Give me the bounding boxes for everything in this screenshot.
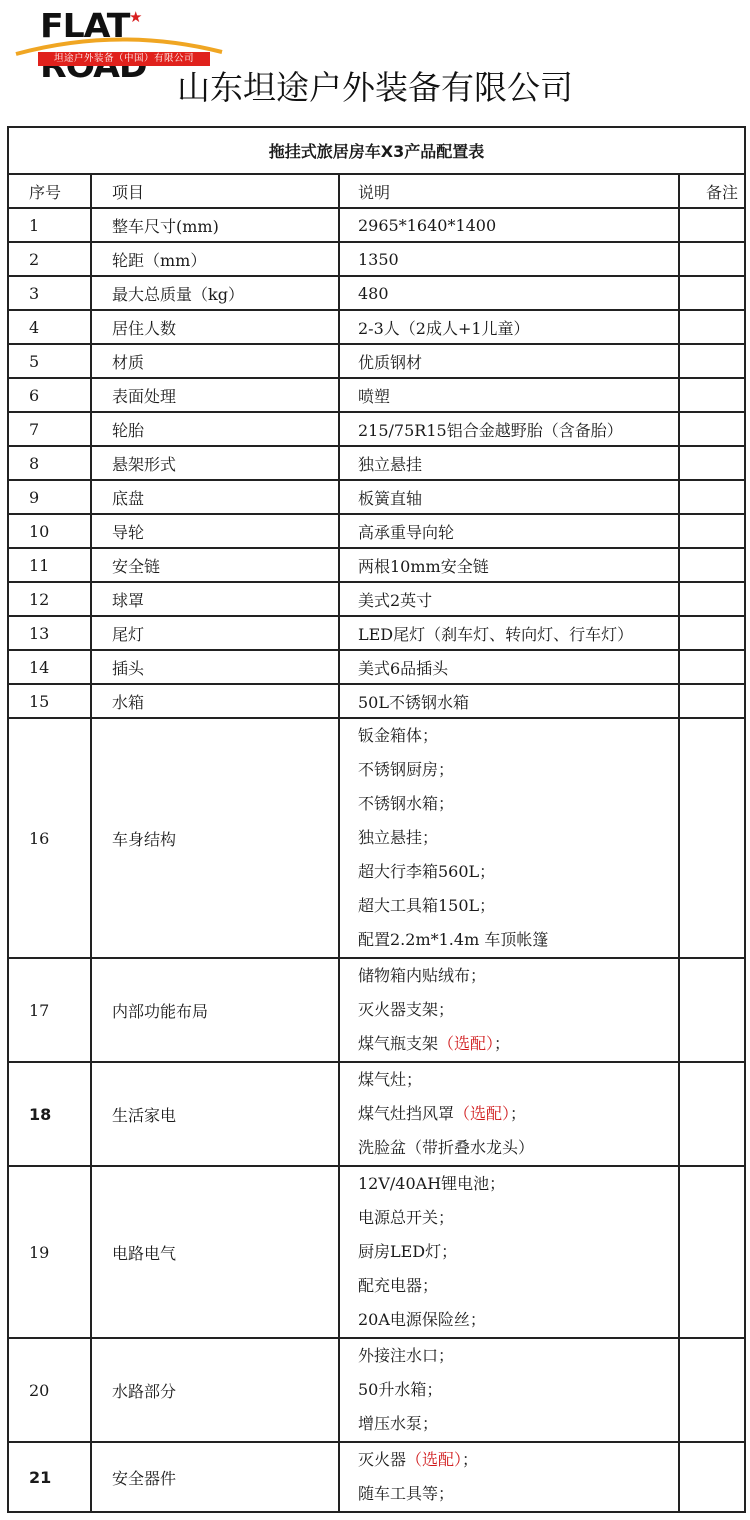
cell-note [679, 480, 745, 514]
desc-text: 煤气灶挡风罩 [358, 1104, 454, 1123]
cell-desc: 外接注水口；50升水箱；增压水泵； [339, 1338, 679, 1442]
table-row: 7轮胎215/75R15铝合金越野胎（含备胎） [8, 412, 745, 446]
cell-note [679, 378, 745, 412]
desc-line: 增压水泵； [358, 1407, 678, 1441]
cell-item: 安全链 [91, 548, 339, 582]
header-desc: 说明 [339, 174, 679, 208]
desc-line: 50L不锈钢水箱 [358, 690, 678, 713]
cell-desc: 2-3人（2成人+1儿童） [339, 310, 679, 344]
desc-suffix: ； [510, 1104, 526, 1123]
cell-item: 安全器件 [91, 1442, 339, 1512]
cell-desc: 优质钢材 [339, 344, 679, 378]
table-row: 16车身结构钣金箱体；不锈钢厨房；不锈钢水箱；独立悬挂；超大行李箱560L；超大… [8, 718, 745, 958]
cell-no: 8 [8, 446, 91, 480]
cell-item: 轮距（mm） [91, 242, 339, 276]
desc-line: LED尾灯（刹车灯、转向灯、行车灯） [358, 622, 678, 645]
table-row: 4居住人数2-3人（2成人+1儿童） [8, 310, 745, 344]
cell-item: 球罩 [91, 582, 339, 616]
cell-item: 水路部分 [91, 1338, 339, 1442]
table-row: 3最大总质量（kg）480 [8, 276, 745, 310]
cell-no: 9 [8, 480, 91, 514]
cell-note [679, 718, 745, 958]
desc-line: 12V/40AH锂电池； [358, 1167, 678, 1201]
table-row: 8悬架形式独立悬挂 [8, 446, 745, 480]
table-title: 拖挂式旅居房车X3产品配置表 [8, 127, 745, 174]
desc-line: 优质钢材 [358, 350, 678, 373]
desc-text: 灭火器 [358, 1450, 406, 1469]
table-row: 6表面处理喷塑 [8, 378, 745, 412]
desc-text: 煤气瓶支架 [358, 1034, 438, 1053]
desc-line: 洗脸盆（带折叠水龙头） [358, 1131, 678, 1165]
cell-item: 车身结构 [91, 718, 339, 958]
cell-no: 5 [8, 344, 91, 378]
cell-item: 生活家电 [91, 1062, 339, 1166]
desc-line: 外接注水口； [358, 1339, 678, 1373]
cell-item: 底盘 [91, 480, 339, 514]
cell-note [679, 446, 745, 480]
table-header-row: 序号 项目 说明 备注 [8, 174, 745, 208]
cell-note [679, 1442, 745, 1512]
desc-line: 美式6品插头 [358, 656, 678, 679]
header-item: 项目 [91, 174, 339, 208]
table-row: 15水箱50L不锈钢水箱 [8, 684, 745, 718]
desc-line: 50升水箱； [358, 1373, 678, 1407]
cell-note [679, 310, 745, 344]
desc-line: 2965*1640*1400 [358, 216, 678, 235]
header-note: 备注 [679, 174, 745, 208]
desc-line: 板簧直轴 [358, 486, 678, 509]
cell-item: 表面处理 [91, 378, 339, 412]
cell-item: 轮胎 [91, 412, 339, 446]
cell-no: 19 [8, 1166, 91, 1338]
cell-no: 20 [8, 1338, 91, 1442]
optional-badge: （选配） [406, 1450, 462, 1469]
desc-line: 煤气灶挡风罩（选配）； [358, 1097, 678, 1131]
cell-item: 插头 [91, 650, 339, 684]
company-logo: FLAT ROAD ★ 坦途户外装备（中国）有限公司 [14, 6, 224, 64]
company-name: 山东坦途户外装备有限公司 [0, 66, 750, 110]
cell-desc: 储物箱内贴绒布；灭火器支架；煤气瓶支架（选配）； [339, 958, 679, 1062]
cell-desc: 高承重导向轮 [339, 514, 679, 548]
star-icon: ★ [129, 10, 142, 25]
cell-item: 水箱 [91, 684, 339, 718]
desc-line: 配置2.2m*1.4m 车顶帐篷 [358, 923, 678, 957]
table-row: 14插头美式6品插头 [8, 650, 745, 684]
cell-no: 1 [8, 208, 91, 242]
optional-badge: （选配） [438, 1034, 494, 1053]
cell-note [679, 1062, 745, 1166]
table-title-row: 拖挂式旅居房车X3产品配置表 [8, 127, 745, 174]
desc-line: 灭火器支架； [358, 993, 678, 1027]
cell-no: 18 [8, 1062, 91, 1166]
optional-badge: （选配） [454, 1104, 510, 1123]
cell-desc: 煤气灶；煤气灶挡风罩（选配）；洗脸盆（带折叠水龙头） [339, 1062, 679, 1166]
desc-suffix: ； [462, 1450, 478, 1469]
cell-no: 12 [8, 582, 91, 616]
cell-no: 14 [8, 650, 91, 684]
desc-line: 独立悬挂； [358, 821, 678, 855]
cell-no: 6 [8, 378, 91, 412]
desc-line: 2-3人（2成人+1儿童） [358, 316, 678, 339]
cell-no: 17 [8, 958, 91, 1062]
desc-line: 高承重导向轮 [358, 520, 678, 543]
config-table: 拖挂式旅居房车X3产品配置表 序号 项目 说明 备注 1整车尺寸(mm)2965… [7, 126, 746, 1513]
cell-note [679, 958, 745, 1062]
cell-item: 尾灯 [91, 616, 339, 650]
desc-line: 电源总开关； [358, 1201, 678, 1235]
table-row: 12球罩美式2英寸 [8, 582, 745, 616]
table-row: 20水路部分外接注水口；50升水箱；增压水泵； [8, 1338, 745, 1442]
table-row: 18生活家电煤气灶；煤气灶挡风罩（选配）；洗脸盆（带折叠水龙头） [8, 1062, 745, 1166]
table-row: 1整车尺寸(mm)2965*1640*1400 [8, 208, 745, 242]
cell-desc: 1350 [339, 242, 679, 276]
desc-line: 随车工具等； [358, 1477, 678, 1511]
cell-desc: 两根10mm安全链 [339, 548, 679, 582]
cell-no: 21 [8, 1442, 91, 1512]
cell-no: 16 [8, 718, 91, 958]
desc-line: 不锈钢厨房； [358, 753, 678, 787]
cell-no: 2 [8, 242, 91, 276]
desc-line: 20A电源保险丝； [358, 1303, 678, 1337]
cell-no: 13 [8, 616, 91, 650]
desc-line: 1350 [358, 250, 678, 269]
cell-desc: 独立悬挂 [339, 446, 679, 480]
cell-note [679, 344, 745, 378]
desc-line: 超大行李箱560L； [358, 855, 678, 889]
cell-note [679, 548, 745, 582]
cell-no: 11 [8, 548, 91, 582]
cell-desc: 215/75R15铝合金越野胎（含备胎） [339, 412, 679, 446]
cell-item: 悬架形式 [91, 446, 339, 480]
cell-note [679, 616, 745, 650]
desc-line: 独立悬挂 [358, 452, 678, 475]
table-row: 19电路电气12V/40AH锂电池；电源总开关；厨房LED灯；配充电器；20A电… [8, 1166, 745, 1338]
cell-note [679, 276, 745, 310]
desc-line: 钣金箱体； [358, 719, 678, 753]
cell-note [679, 1338, 745, 1442]
desc-line: 480 [358, 284, 678, 303]
cell-item: 材质 [91, 344, 339, 378]
desc-line: 煤气灶； [358, 1063, 678, 1097]
cell-no: 7 [8, 412, 91, 446]
cell-no: 3 [8, 276, 91, 310]
cell-note [679, 582, 745, 616]
cell-desc: 12V/40AH锂电池；电源总开关；厨房LED灯；配充电器；20A电源保险丝； [339, 1166, 679, 1338]
cell-note [679, 242, 745, 276]
desc-line: 储物箱内贴绒布； [358, 959, 678, 993]
table-row: 11安全链两根10mm安全链 [8, 548, 745, 582]
cell-note [679, 1166, 745, 1338]
desc-line: 215/75R15铝合金越野胎（含备胎） [358, 418, 678, 441]
desc-line: 厨房LED灯； [358, 1235, 678, 1269]
cell-desc: 50L不锈钢水箱 [339, 684, 679, 718]
table-row: 13尾灯LED尾灯（刹车灯、转向灯、行车灯） [8, 616, 745, 650]
cell-desc: 480 [339, 276, 679, 310]
table-row: 21安全器件灭火器（选配）；随车工具等； [8, 1442, 745, 1512]
header-no: 序号 [8, 174, 91, 208]
cell-no: 10 [8, 514, 91, 548]
cell-no: 4 [8, 310, 91, 344]
desc-line: 灭火器（选配）； [358, 1443, 678, 1477]
table-row: 5材质优质钢材 [8, 344, 745, 378]
table-row: 2轮距（mm）1350 [8, 242, 745, 276]
cell-desc: 美式6品插头 [339, 650, 679, 684]
cell-note [679, 412, 745, 446]
cell-desc: 美式2英寸 [339, 582, 679, 616]
desc-line: 美式2英寸 [358, 588, 678, 611]
cell-item: 内部功能布局 [91, 958, 339, 1062]
cell-item: 整车尺寸(mm) [91, 208, 339, 242]
desc-line: 煤气瓶支架（选配）； [358, 1027, 678, 1061]
cell-note [679, 650, 745, 684]
desc-line: 配充电器； [358, 1269, 678, 1303]
table-row: 10导轮高承重导向轮 [8, 514, 745, 548]
desc-line: 喷塑 [358, 384, 678, 407]
cell-no: 15 [8, 684, 91, 718]
cell-desc: 灭火器（选配）；随车工具等； [339, 1442, 679, 1512]
cell-desc: 板簧直轴 [339, 480, 679, 514]
table-row: 17内部功能布局储物箱内贴绒布；灭火器支架；煤气瓶支架（选配）； [8, 958, 745, 1062]
cell-note [679, 514, 745, 548]
desc-line: 两根10mm安全链 [358, 554, 678, 577]
logo-tagline: 坦途户外装备（中国）有限公司 [38, 52, 210, 66]
table-row: 9底盘板簧直轴 [8, 480, 745, 514]
desc-line: 超大工具箱150L； [358, 889, 678, 923]
cell-item: 最大总质量（kg） [91, 276, 339, 310]
desc-suffix: ； [494, 1034, 510, 1053]
desc-line: 不锈钢水箱； [358, 787, 678, 821]
cell-desc: 喷塑 [339, 378, 679, 412]
cell-desc: 2965*1640*1400 [339, 208, 679, 242]
cell-item: 导轮 [91, 514, 339, 548]
cell-desc: LED尾灯（刹车灯、转向灯、行车灯） [339, 616, 679, 650]
cell-note [679, 208, 745, 242]
cell-item: 居住人数 [91, 310, 339, 344]
cell-note [679, 684, 745, 718]
cell-item: 电路电气 [91, 1166, 339, 1338]
cell-desc: 钣金箱体；不锈钢厨房；不锈钢水箱；独立悬挂；超大行李箱560L；超大工具箱150… [339, 718, 679, 958]
